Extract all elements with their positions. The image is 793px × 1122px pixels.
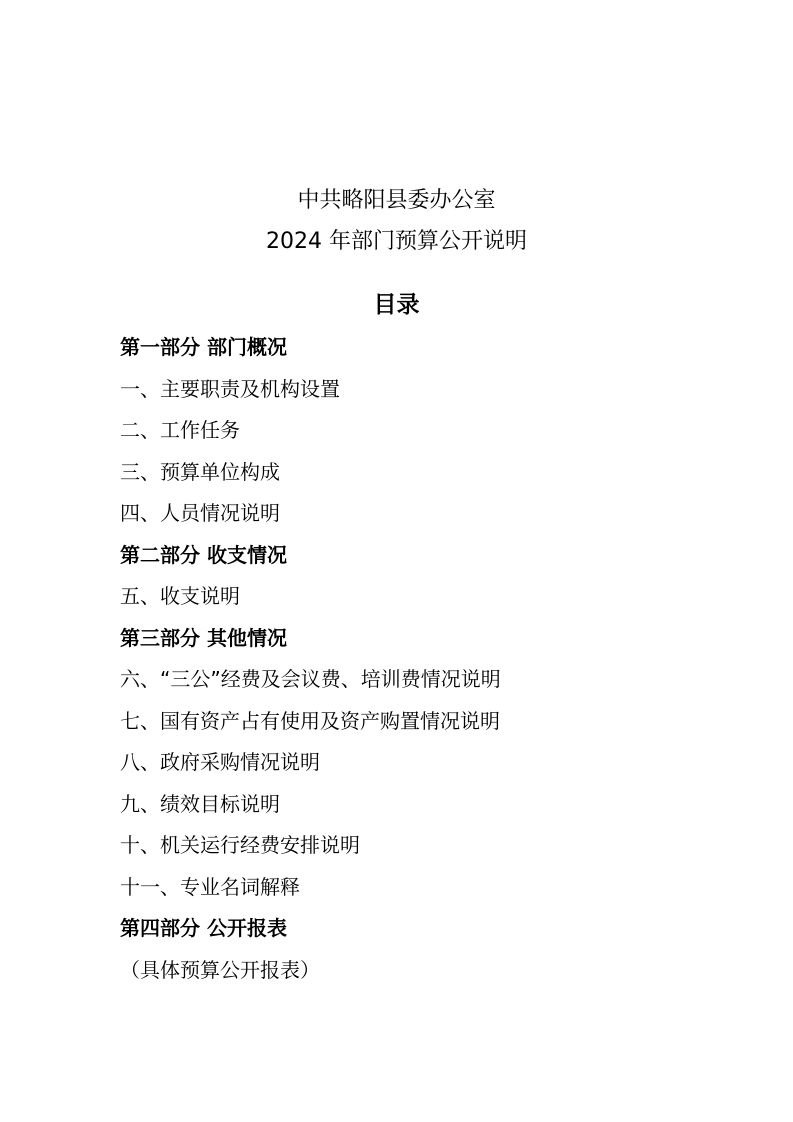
toc-item-9: 九、绩效目标说明: [120, 791, 760, 833]
toc-item-11: 十一、专业名词解释: [120, 874, 760, 916]
toc-item-2: 二、工作任务: [120, 417, 760, 459]
toc-part-3: 第三部分 其他情况: [120, 625, 760, 667]
toc-item-3: 三、预算单位构成: [120, 459, 760, 501]
document-page: 中共略阳县委办公室 2024 年部门预算公开说明 目录 第一部分 部门概况 一、…: [0, 0, 793, 1122]
toc-item-10: 十、机关运行经费安排说明: [120, 832, 760, 874]
toc-item-5: 五、收支说明: [120, 583, 760, 625]
toc-item-7: 七、国有资产占有使用及资产购置情况说明: [120, 708, 760, 750]
table-of-contents: 第一部分 部门概况 一、主要职责及机构设置 二、工作任务 三、预算单位构成 四、…: [120, 334, 760, 998]
toc-item-6: 六、“三公”经费及会议费、培训费情况说明: [120, 666, 760, 708]
document-title-organization: 中共略阳县委办公室: [0, 188, 793, 214]
toc-part-2: 第二部分 收支情况: [120, 542, 760, 584]
toc-note-reports: （具体预算公开报表）: [120, 957, 760, 999]
toc-part-4: 第四部分 公开报表: [120, 915, 760, 957]
document-title-subject: 2024 年部门预算公开说明: [0, 229, 793, 255]
toc-item-1: 一、主要职责及机构设置: [120, 376, 760, 418]
toc-heading: 目录: [0, 291, 793, 319]
toc-item-8: 八、政府采购情况说明: [120, 749, 760, 791]
toc-item-4: 四、人员情况说明: [120, 500, 760, 542]
toc-part-1: 第一部分 部门概况: [120, 334, 760, 376]
